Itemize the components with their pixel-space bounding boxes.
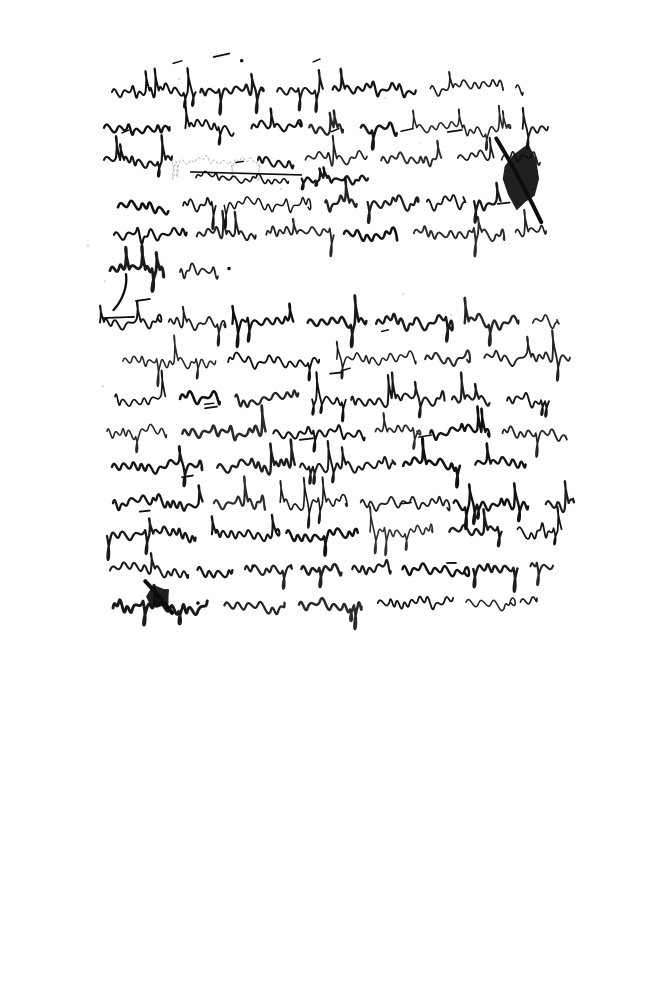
handwriting-line xyxy=(107,403,567,457)
handwriting-word xyxy=(430,406,489,440)
handwriting-word xyxy=(368,195,419,223)
superscript-mark xyxy=(136,299,150,301)
handwriting-line xyxy=(107,501,562,560)
paragraph-1 xyxy=(104,51,548,312)
handwriting-word xyxy=(452,372,490,405)
ink-dot xyxy=(227,267,230,270)
handwriting-line xyxy=(190,161,368,191)
handwriting-word xyxy=(376,314,452,342)
superscript-mark xyxy=(382,330,389,331)
handwriting-word xyxy=(182,405,265,440)
handwriting-word xyxy=(302,167,369,190)
superscript-mark xyxy=(330,372,342,373)
scan-speck xyxy=(384,97,386,99)
ink-dot xyxy=(251,564,254,567)
superscript-mark xyxy=(236,161,244,162)
handwriting-line xyxy=(112,51,524,116)
scan-speck xyxy=(162,256,163,257)
handwriting-word xyxy=(430,71,503,96)
scan-speck xyxy=(402,293,404,295)
handwriting-word xyxy=(332,68,415,98)
handwriting-line xyxy=(112,434,526,489)
superscript-mark xyxy=(313,59,320,62)
handwriting-word xyxy=(104,135,172,177)
handwriting-word xyxy=(530,563,553,585)
handwriting-word xyxy=(312,372,346,421)
handwriting-word xyxy=(123,335,216,387)
handwriting-word xyxy=(454,483,529,529)
superscript-mark xyxy=(401,129,413,132)
handwriting-word xyxy=(180,391,220,404)
handwriting-word xyxy=(112,446,202,486)
handwriting-word xyxy=(402,563,469,576)
handwriting-word xyxy=(214,476,265,509)
handwriting-svg xyxy=(0,0,652,992)
ink-dot xyxy=(196,601,199,604)
handwriting-word xyxy=(475,443,525,468)
handwriting-word xyxy=(212,515,280,542)
superscript-mark xyxy=(140,511,150,512)
handwriting-word xyxy=(245,565,292,589)
scan-speck xyxy=(450,314,452,316)
handwriting-word xyxy=(273,425,364,452)
strike-through xyxy=(190,172,302,175)
superscript-mark xyxy=(205,407,217,409)
handwriting-word xyxy=(308,295,367,347)
superscript-mark xyxy=(205,403,214,404)
handwriting-word xyxy=(516,85,523,95)
handwriting-word xyxy=(118,200,168,214)
handwriting-word xyxy=(100,301,161,330)
scan-speck xyxy=(280,188,282,190)
handwriting-word xyxy=(110,245,164,291)
handwriting-word xyxy=(337,341,416,379)
handwriting-word xyxy=(185,106,233,145)
descender-flourish xyxy=(113,274,126,310)
handwriting-word xyxy=(301,564,341,587)
handwriting-word xyxy=(484,330,570,382)
scan-speck xyxy=(419,143,420,144)
handwriting-line xyxy=(104,103,548,150)
handwriting-word xyxy=(217,439,295,474)
handwriting-word xyxy=(258,157,293,169)
handwriting-word xyxy=(413,105,511,150)
scan-speck xyxy=(545,417,547,419)
handwriting-word xyxy=(251,108,301,131)
manuscript-page: Old Cyrillic cursive handwriting (skorop… xyxy=(0,0,652,992)
handwriting-word xyxy=(200,74,264,115)
handwriting-word xyxy=(305,135,367,166)
handwriting-word xyxy=(309,110,343,134)
superscript-mark xyxy=(300,438,313,439)
scan-speck xyxy=(102,385,104,387)
handwriting-word xyxy=(361,122,397,149)
handwriting-word xyxy=(235,390,298,407)
handwriting-word xyxy=(546,481,574,512)
handwriting-word xyxy=(351,372,445,418)
scan-speck xyxy=(226,53,228,55)
handwriting-word xyxy=(277,70,323,112)
handwriting-word xyxy=(228,352,319,382)
handwriting-word xyxy=(107,424,166,452)
handwriting-word xyxy=(520,597,537,604)
handwriting-word xyxy=(169,307,226,346)
handwriting-word xyxy=(522,108,548,149)
handwriting-word xyxy=(352,560,390,574)
handwriting-line xyxy=(100,295,559,347)
handwriting-word xyxy=(502,426,566,457)
handwriting-line xyxy=(113,475,574,529)
handwriting-word xyxy=(104,124,170,135)
handwriting-word xyxy=(507,393,549,417)
scan-speck xyxy=(456,309,457,310)
paragraph-2 xyxy=(100,295,574,632)
faint-erased-word xyxy=(172,155,262,181)
handwriting-word xyxy=(183,198,216,230)
handwriting-line xyxy=(123,328,571,387)
handwriting-word xyxy=(458,138,494,161)
handwriting-word xyxy=(299,598,362,630)
handwriting-word xyxy=(427,195,466,211)
superscript-mark xyxy=(332,129,339,132)
scan-speck xyxy=(446,597,447,598)
handwriting-word xyxy=(110,553,188,579)
handwriting-word xyxy=(344,228,397,242)
scan-speck xyxy=(87,244,90,247)
handwriting-word xyxy=(473,564,517,592)
handwriting-word xyxy=(378,596,454,610)
superscript-mark xyxy=(498,203,510,204)
handwriting-word xyxy=(112,68,196,108)
handwriting-word xyxy=(465,298,519,346)
handwriting-word xyxy=(375,413,420,449)
handwriting-line xyxy=(115,366,549,423)
superscript-mark xyxy=(448,130,462,132)
scan-speck xyxy=(104,280,106,282)
ink-dot xyxy=(240,59,243,62)
handwriting-line xyxy=(109,245,231,311)
handwriting-word xyxy=(517,506,562,544)
superscript-mark xyxy=(104,317,134,318)
superscript-mark xyxy=(173,61,182,64)
handwriting-word xyxy=(286,528,358,556)
handwriting-word xyxy=(414,217,505,257)
handwriting-word xyxy=(425,350,470,366)
handwriting-word xyxy=(370,506,433,556)
scan-speck xyxy=(178,78,180,80)
handwriting-word xyxy=(266,218,334,256)
handwriting-word xyxy=(403,438,460,488)
handwriting-word xyxy=(533,315,559,328)
handwriting-word xyxy=(466,598,515,611)
handwriting-word xyxy=(114,228,187,244)
handwriting-line xyxy=(110,551,553,594)
handwriting-word xyxy=(224,602,284,615)
handwriting-word xyxy=(197,567,232,578)
handwriting-word xyxy=(180,263,218,279)
handwriting-word xyxy=(232,304,293,348)
handwriting-word xyxy=(113,485,203,511)
handwriting-word xyxy=(381,141,441,167)
